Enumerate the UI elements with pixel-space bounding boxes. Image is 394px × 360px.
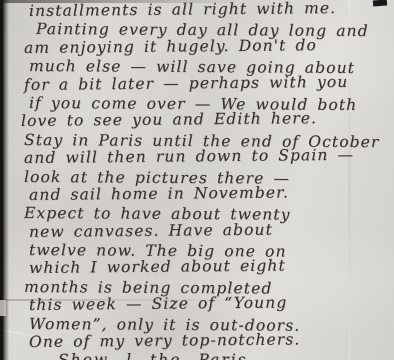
scan-edge-notch <box>0 300 6 316</box>
letter-body: installments is all right with me. Paint… <box>24 2 390 351</box>
letter-line: and sail home in November. <box>29 182 390 204</box>
letter-line: for a bit later — perhaps with you <box>24 72 390 94</box>
letter-line: am enjoying it hugely. Don't do <box>24 35 390 57</box>
letter-line-partial: Show l the Paris <box>58 351 248 360</box>
letter-line: this week — Size of “Young <box>29 293 390 315</box>
letter-line: which I worked about eight <box>29 256 390 278</box>
scanned-letter-page: installments is all right with me. Paint… <box>0 0 394 360</box>
letter-line: love to see you and Edith here. <box>21 109 390 131</box>
letter-line: new canvases. Have about <box>29 219 390 241</box>
letter-line: installments is all right with me. <box>29 0 390 20</box>
letter-line: and will then run down to Spain — <box>24 146 390 168</box>
letter-line: One of my very top-notchers. <box>29 330 390 352</box>
